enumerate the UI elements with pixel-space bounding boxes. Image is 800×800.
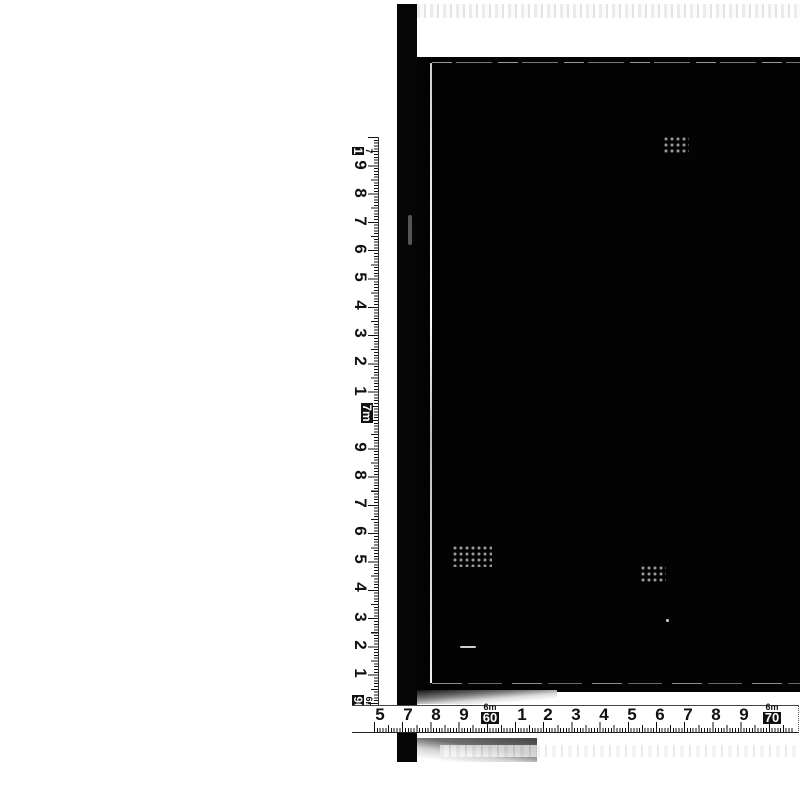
- ruler-label: 1: [352, 665, 368, 681]
- ruler-label: 5: [352, 269, 368, 285]
- ruler-label: 1: [352, 383, 368, 399]
- ruler-label: 4: [596, 707, 612, 723]
- dust-cluster: [452, 545, 492, 567]
- panel-edge-top: [432, 62, 800, 63]
- ruler-marker-middle: 7m: [345, 404, 373, 422]
- ruler-label: 7: [352, 213, 368, 229]
- panel-edge-bottom: [432, 683, 800, 684]
- ruler-label: 3: [352, 325, 368, 341]
- dust-cluster: [663, 136, 689, 154]
- horizontal-measuring-tape: 5 7 8 9 6m 60 1 2 3 4 5 6 7 8 9 6m 70: [352, 705, 799, 733]
- ruler-label: 5: [352, 551, 368, 567]
- frame-scratch: [408, 215, 412, 245]
- ruler-label: 6: [352, 241, 368, 257]
- scratch-mark: [460, 646, 476, 648]
- ruler-label: 4: [352, 297, 368, 313]
- ruler-label: 2: [540, 707, 556, 723]
- scan-noise-bottom: [440, 745, 800, 757]
- ruler-label: 8: [352, 185, 368, 201]
- ruler-label: 6: [352, 523, 368, 539]
- ruler-label: 7: [400, 707, 416, 723]
- panel-edge-left: [430, 63, 432, 683]
- ruler-marker-70: 6m 70: [760, 703, 784, 724]
- ruler-label: 5: [372, 707, 388, 723]
- ruler-label: 8: [352, 467, 368, 483]
- ruler-label: 8: [708, 707, 724, 723]
- ruler-label: 2: [352, 353, 368, 369]
- ruler-label: 9: [352, 157, 368, 173]
- panel-frame-left: [397, 4, 417, 762]
- ruler-label: 8: [428, 707, 444, 723]
- ruler-label: 9: [352, 439, 368, 455]
- ruler-label: 2: [352, 637, 368, 653]
- ruler-label: 7: [680, 707, 696, 723]
- ruler-label: 3: [568, 707, 584, 723]
- ruler-label: 4: [352, 579, 368, 595]
- vertical-measuring-tape: 7 1 9 8 7 6 5 4 3 2 1 7m 9 8 7 6 5 4 3 2…: [350, 137, 379, 732]
- scan-noise-top: [417, 4, 800, 18]
- ruler-label: 5: [624, 707, 640, 723]
- ruler-label: 9: [736, 707, 752, 723]
- ruler-label: 6: [652, 707, 668, 723]
- dust-speck: [666, 619, 669, 622]
- ruler-label: 3: [352, 609, 368, 625]
- dust-cluster: [640, 565, 666, 583]
- ruler-label: 9: [456, 707, 472, 723]
- dark-panel: [417, 57, 800, 692]
- ruler-label: 7: [352, 495, 368, 511]
- ruler-marker-60: 6m 60: [478, 703, 502, 724]
- ruler-label: 1: [514, 707, 530, 723]
